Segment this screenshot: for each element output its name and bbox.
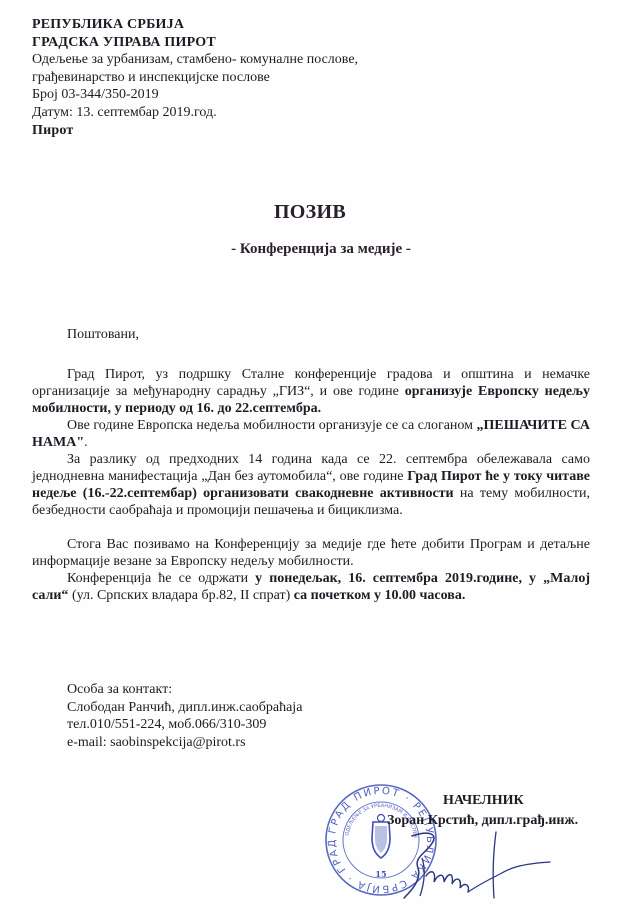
document-page: РЕПУБЛИКА СРБИЈА ГРАДСКА УПРАВА ПИРОТ Од… <box>0 0 620 906</box>
salutation: Поштовани, <box>67 327 139 343</box>
document-city: Пирот <box>32 122 358 140</box>
contact-label: Особа за контакт: <box>67 681 302 699</box>
event-address: (ул. Српских владара бр.82, II спрат) <box>68 588 293 603</box>
paragraph-text: Конференција ће се одржати <box>67 571 255 586</box>
paragraph-slogan: Ове године Европска недеља мобилности ор… <box>32 417 590 451</box>
letterhead-country: РЕПУБЛИКА СРБИЈА <box>32 16 358 34</box>
event-time: са почетком у 10.00 часова. <box>294 588 466 603</box>
contact-email: e-mail: saobinspekcija@pirot.rs <box>67 734 302 752</box>
letterhead-authority: ГРАДСКА УПРАВА ПИРОТ <box>32 34 358 52</box>
page-title: ПОЗИВ <box>0 201 620 224</box>
page-subtitle: - Конференција за медије - <box>0 241 620 258</box>
letterhead: РЕПУБЛИКА СРБИЈА ГРАДСКА УПРАВА ПИРОТ Од… <box>32 16 358 139</box>
contact-block: Особа за контакт: Слободан Ранчић, дипл.… <box>67 681 302 751</box>
paragraph-intro: Град Пирот, уз подршку Сталне конференци… <box>32 366 590 417</box>
signatory-title: НАЧЕЛНИК <box>443 793 524 809</box>
paragraph-text: Ове године Европска недеља мобилности ор… <box>67 418 477 433</box>
paragraph-activities: За разлику од предходних 14 година када … <box>32 451 590 519</box>
signatory-name: Зоран Крстић, дипл.грађ.инж. <box>387 813 578 829</box>
document-number: Број 03-344/350-2019 <box>32 86 358 104</box>
letterhead-department-cont: грађевинарство и инспекцијске послове <box>32 69 358 87</box>
contact-phone: тел.010/551-224, моб.066/310-309 <box>67 716 302 734</box>
letterhead-department: Одељење за урбанизам, стамбено- комуналн… <box>32 51 358 69</box>
paragraph-invitation: Стога Вас позивамо на Конференцију за ме… <box>32 536 590 570</box>
paragraph-text: Стога Вас позивамо на Конференцију за ме… <box>32 537 590 569</box>
paragraph-event-details: Конференција ће се одржати у понедељак, … <box>32 570 590 604</box>
svg-text:15: 15 <box>375 869 386 879</box>
contact-name: Слободан Ранчић, дипл.инж.саобраћаја <box>67 699 302 717</box>
handwritten-signature-icon <box>400 828 560 903</box>
document-date: Датум: 13. септембар 2019.год. <box>32 104 358 122</box>
letter-body: Град Пирот, уз подршку Сталне конференци… <box>32 366 590 604</box>
paragraph-text: . <box>84 435 88 450</box>
